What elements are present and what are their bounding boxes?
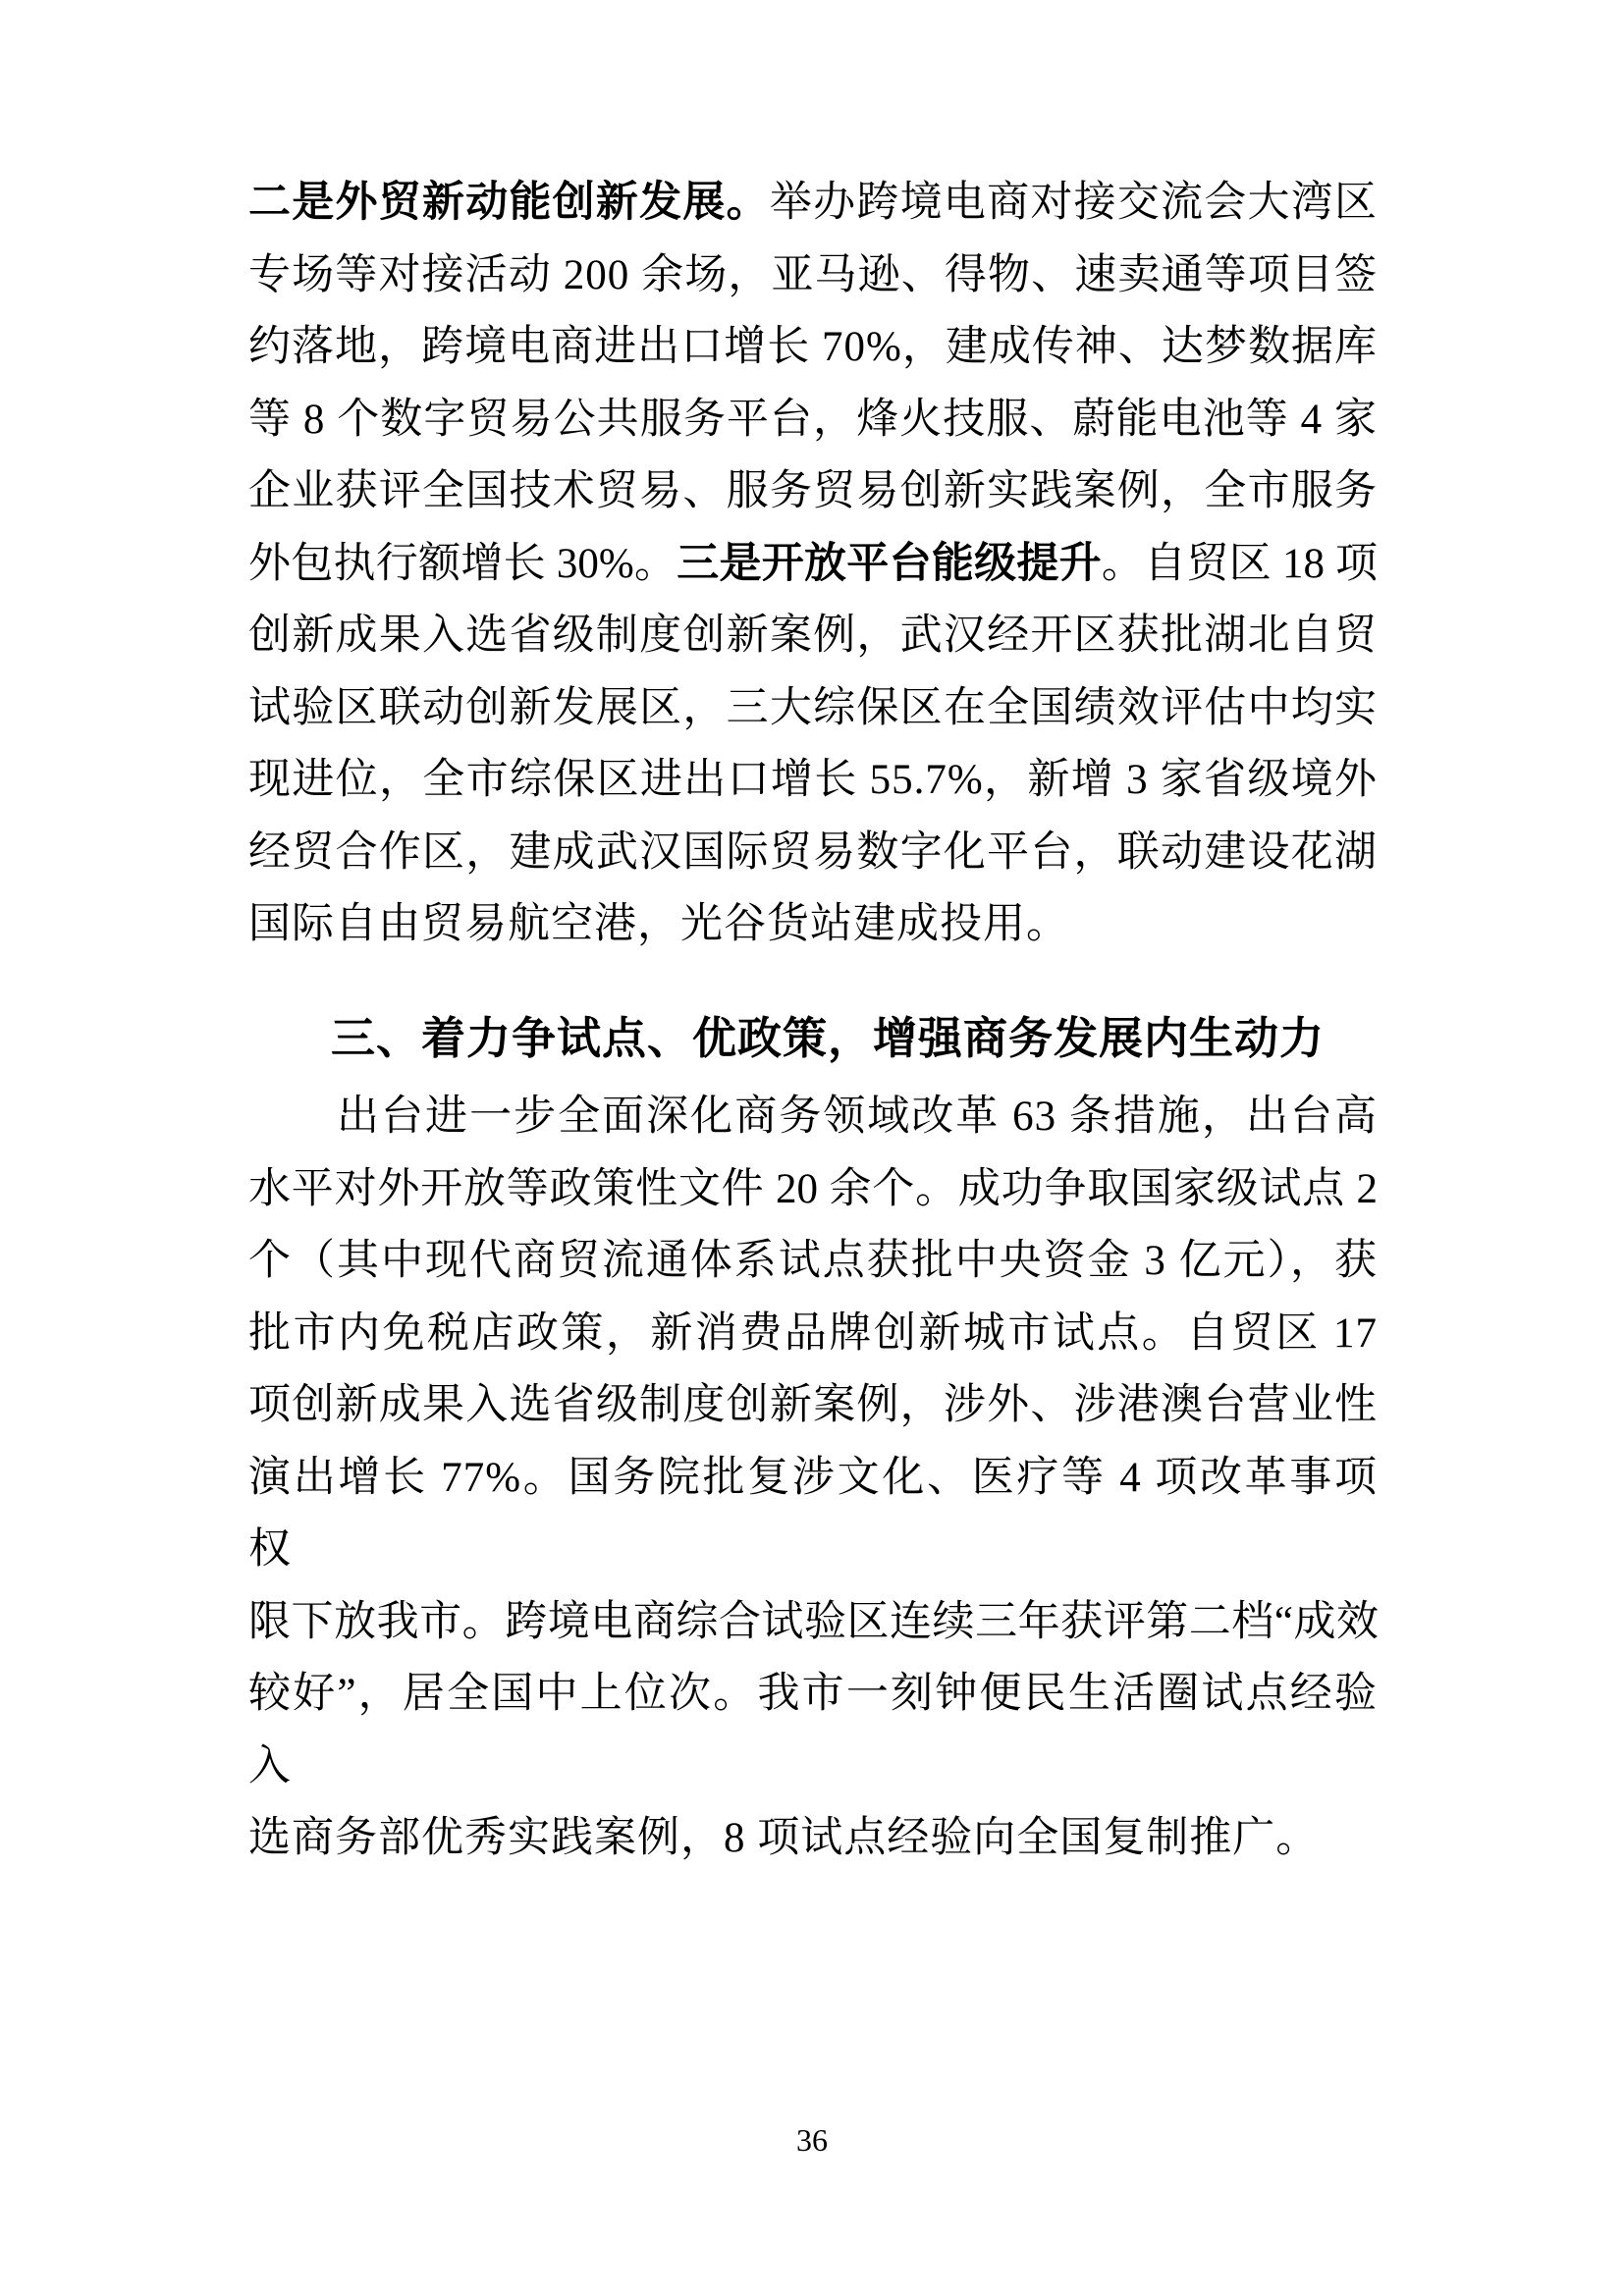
- body-line: 较好”，居全国中上位次。我市一刻钟便民生活圈试点经验入: [248, 1658, 1378, 1802]
- line-text: 现进位，全市综保区进出口增长 55.7%，新增 3 家省级境外: [248, 757, 1378, 803]
- line-text: 个（其中现代商贸流通体系试点获批中央资金 3 亿元），获: [248, 1238, 1378, 1284]
- line-text: 等 8 个数字贸易公共服务平台，烽火技服、蔚能电池等 4 家: [248, 397, 1378, 443]
- body-line: 专场等对接活动 200 余场，亚马逊、得物、速卖通等项目签: [248, 240, 1378, 312]
- body-line: 等 8 个数字贸易公共服务平台，烽火技服、蔚能电池等 4 家: [248, 384, 1378, 456]
- line-text: 出台进一步全面深化商务领域改革 63 条措施，出台高: [337, 1094, 1378, 1140]
- page-number: 36: [0, 2122, 1624, 2158]
- body-line: 约落地，跨境电商进出口增长 70%，建成传神、达梦数据库: [248, 311, 1378, 384]
- line-text: 水平对外开放等政策性文件 20 余个。成功争取国家级试点 2: [248, 1166, 1378, 1212]
- line-text: 批市内免税店政策，新消费品牌创新城市试点。自贸区 17: [248, 1310, 1378, 1357]
- line-text: 演出增长 77%。国务院批复涉文化、医疗等 4 项改革事项权: [248, 1455, 1378, 1574]
- line-text: 选商务部优秀实践案例，8 项试点经验向全国复制推广。: [248, 1815, 1319, 1861]
- body-line: 企业获评全国技术贸易、服务贸易创新实践案例，全市服务: [248, 455, 1378, 528]
- line-text: 外包执行额增长 30%。: [248, 541, 677, 587]
- text-block: 二是外贸新动能创新发展。举办跨境电商对接交流会大湾区 专场等对接活动 200 余…: [248, 167, 1378, 1875]
- body-line: 演出增长 77%。国务院批复涉文化、医疗等 4 项改革事项权: [248, 1442, 1378, 1586]
- body-line: 二是外贸新动能创新发展。举办跨境电商对接交流会大湾区: [248, 167, 1378, 240]
- line-text: 企业获评全国技术贸易、服务贸易创新实践案例，全市服务: [248, 468, 1378, 514]
- body-line: 批市内免税店政策，新消费品牌创新城市试点。自贸区 17: [248, 1298, 1378, 1370]
- line-text: 约落地，跨境电商进出口增长 70%，建成传神、达梦数据库: [248, 324, 1378, 370]
- body-line: 国际自由贸易航空港，光谷货站建成投用。: [248, 888, 1378, 961]
- document-page: 二是外贸新动能创新发展。举办跨境电商对接交流会大湾区 专场等对接活动 200 余…: [0, 0, 1624, 2296]
- bold-lead-in: 二是外贸新动能创新发展。: [248, 180, 770, 226]
- body-line: 外包执行额增长 30%。三是开放平台能级提升。自贸区 18 项: [248, 528, 1378, 601]
- body-line: 试验区联动创新发展区，三大综保区在全国绩效评估中均实: [248, 672, 1378, 745]
- body-line: 水平对外开放等政策性文件 20 余个。成功争取国家级试点 2: [248, 1153, 1378, 1226]
- line-text: 经贸合作区，建成武汉国际贸易数字化平台，联动建设花湖: [248, 829, 1378, 876]
- line-text: 试验区联动创新发展区，三大综保区在全国绩效评估中均实: [248, 685, 1378, 731]
- body-line: 经贸合作区，建成武汉国际贸易数字化平台，联动建设花湖: [248, 817, 1378, 889]
- line-text: 。自贸区 18 项: [1102, 541, 1378, 587]
- bold-lead-in: 三是开放平台能级提升: [677, 541, 1102, 587]
- section-heading: 三、着力争试点、优政策，增强商务发展内生动力: [248, 1002, 1378, 1075]
- body-line: 出台进一步全面深化商务领域改革 63 条措施，出台高: [248, 1081, 1378, 1153]
- line-text: 专场等对接活动 200 余场，亚马逊、得物、速卖通等项目签: [248, 252, 1378, 298]
- body-line: 限下放我市。跨境电商综合试验区连续三年获评第二档“成效: [248, 1586, 1378, 1659]
- line-text: 举办跨境电商对接交流会大湾区: [770, 180, 1378, 226]
- line-text: 较好”，居全国中上位次。我市一刻钟便民生活圈试点经验入: [248, 1671, 1378, 1789]
- body-line: 创新成果入选省级制度创新案例，武汉经开区获批湖北自贸: [248, 600, 1378, 672]
- body-line: 现进位，全市综保区进出口增长 55.7%，新增 3 家省级境外: [248, 744, 1378, 817]
- line-text: 项创新成果入选省级制度创新案例，涉外、涉港澳台营业性: [248, 1382, 1378, 1428]
- body-line: 选商务部优秀实践案例，8 项试点经验向全国复制推广。: [248, 1802, 1378, 1875]
- line-text: 限下放我市。跨境电商综合试验区连续三年获评第二档“成效: [248, 1599, 1378, 1645]
- line-text: 国际自由贸易航空港，光谷货站建成投用。: [248, 901, 1069, 947]
- line-text: 创新成果入选省级制度创新案例，武汉经开区获批湖北自贸: [248, 613, 1378, 659]
- body-line: 项创新成果入选省级制度创新案例，涉外、涉港澳台营业性: [248, 1369, 1378, 1442]
- body-line: 个（其中现代商贸流通体系试点获批中央资金 3 亿元），获: [248, 1225, 1378, 1298]
